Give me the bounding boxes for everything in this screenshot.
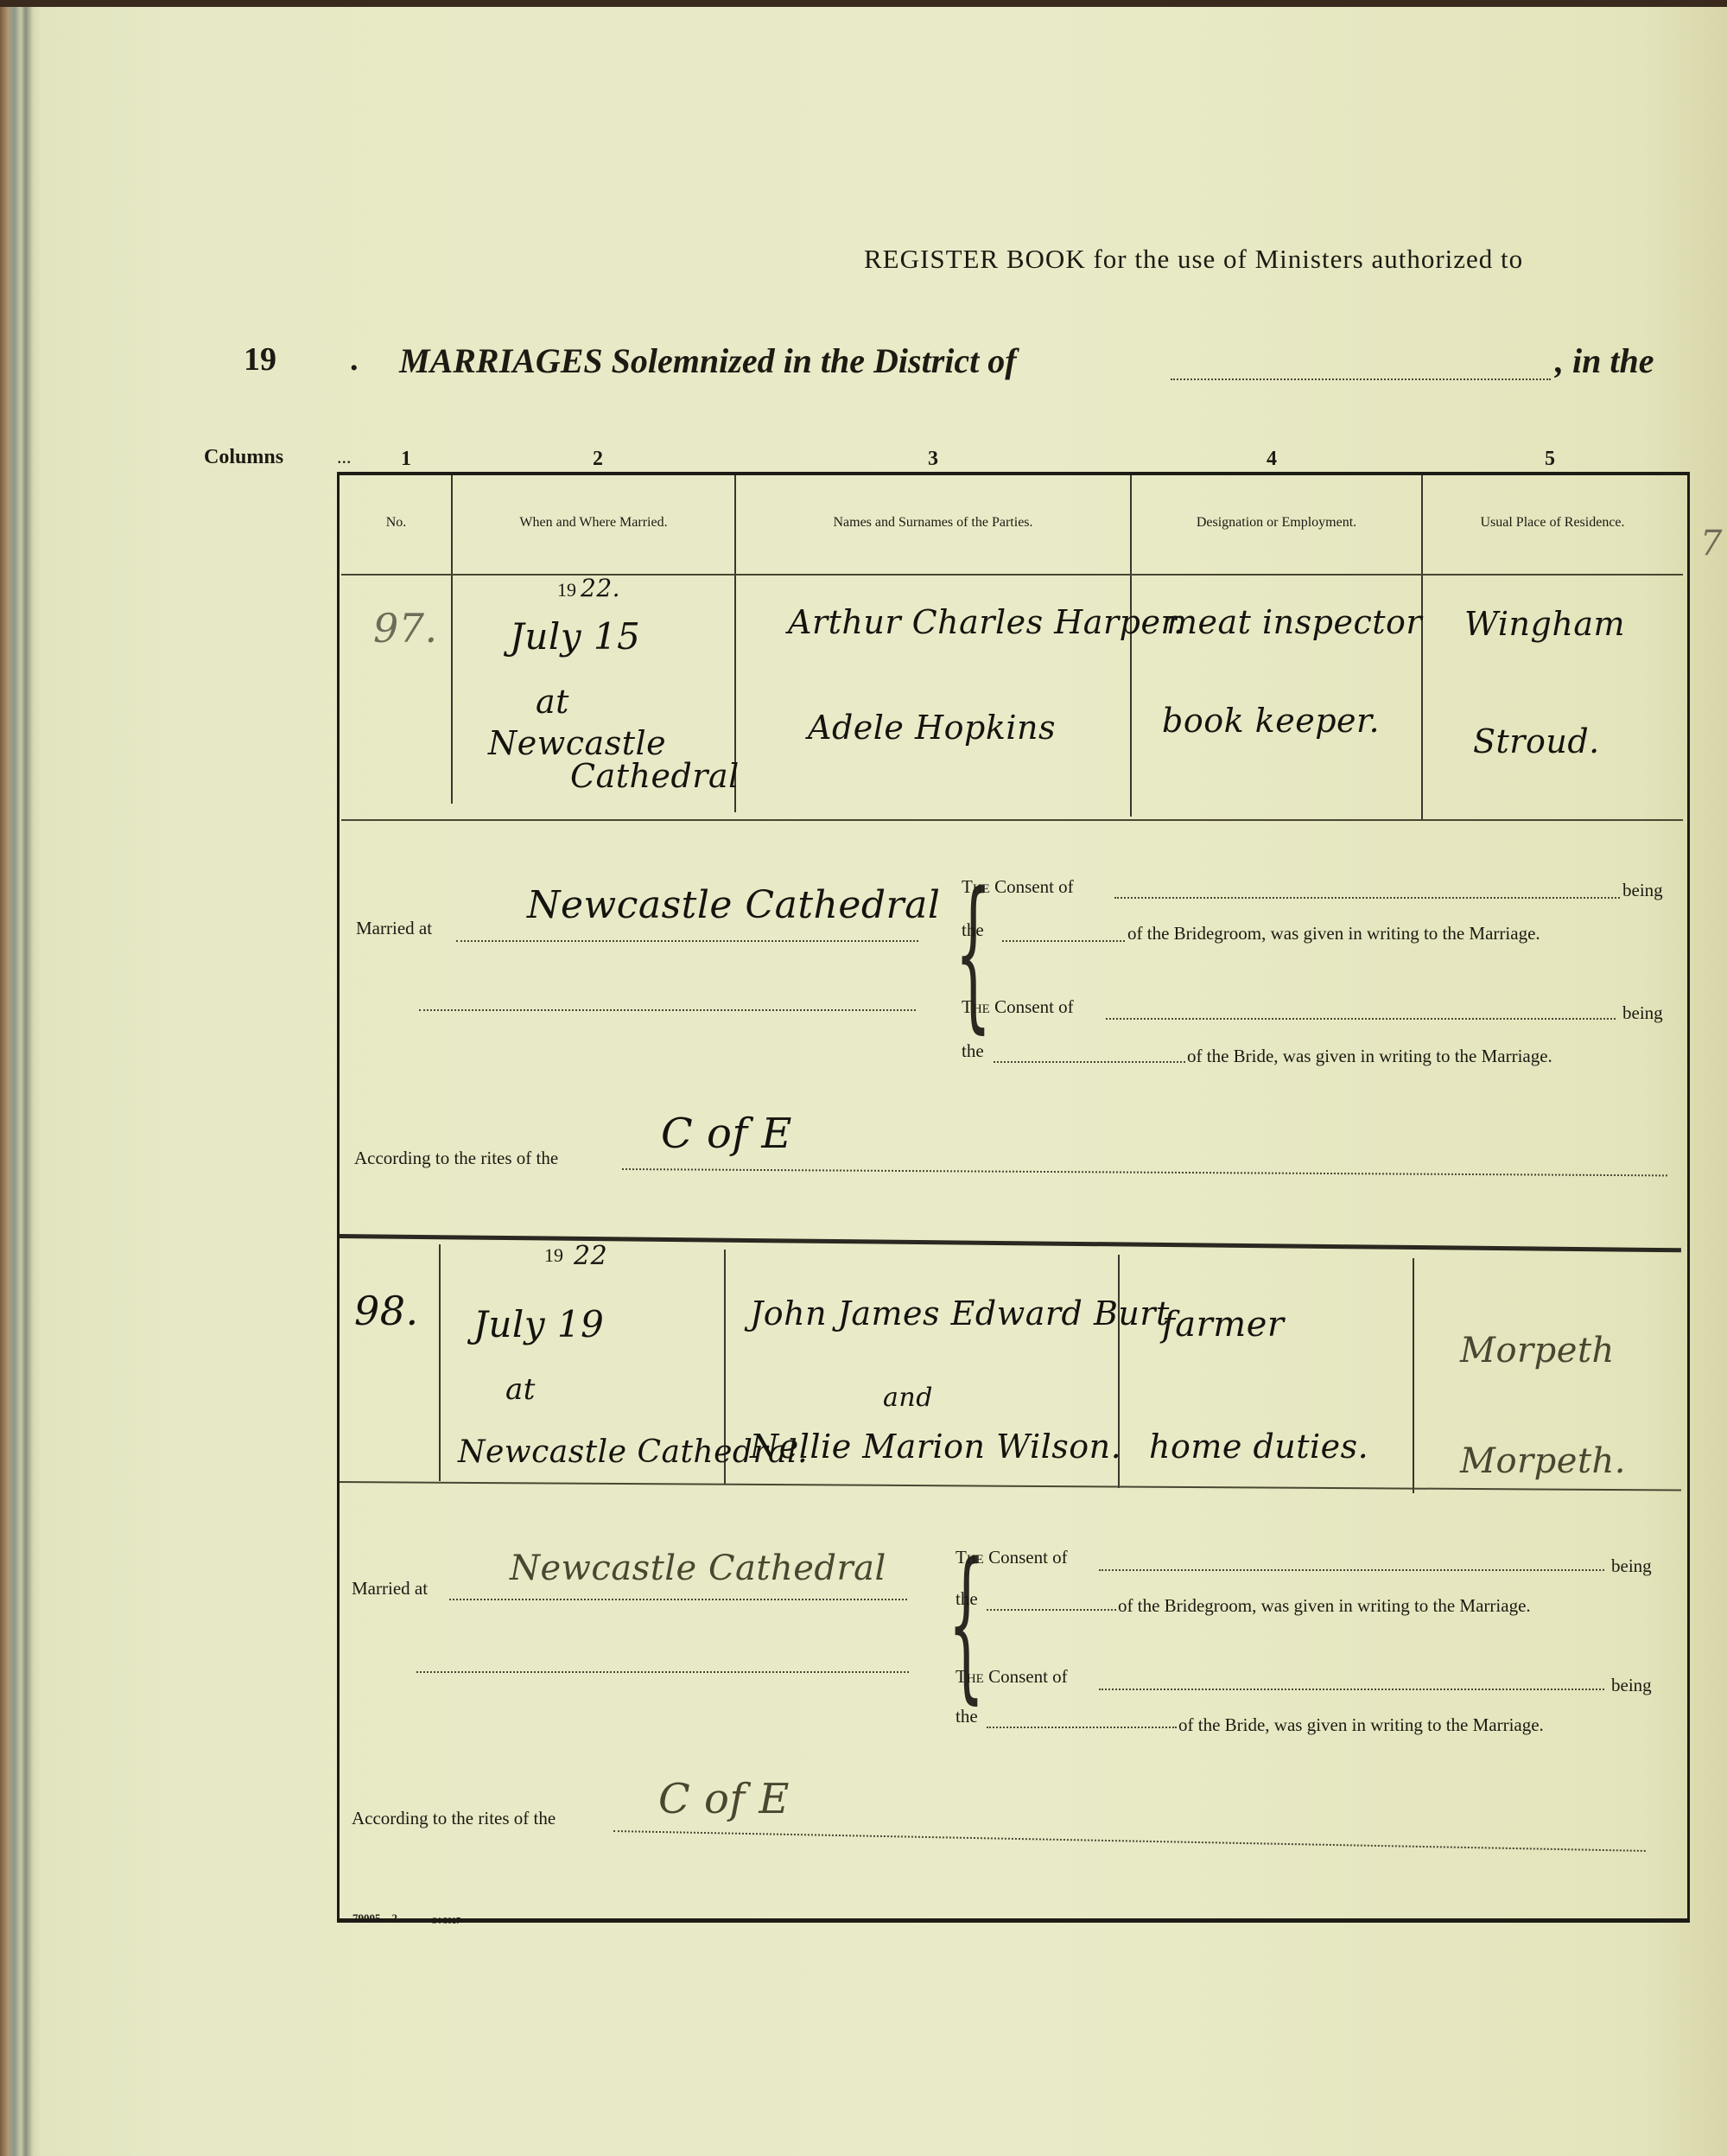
print-code: S4 3017 [432, 1917, 460, 1926]
of-bridegroom-text: of the Bridegroom, was given in writing … [1118, 1595, 1531, 1617]
married-at-value: Newcastle Cathedral [510, 1549, 886, 1588]
column-number-4: 4 [1267, 448, 1277, 471]
columns-leader: ... [337, 446, 352, 468]
consent-bride-relation-field[interactable] [994, 1061, 1185, 1063]
at-word: at [536, 683, 569, 721]
running-title: REGISTER BOOK for the use of Ministers a… [864, 244, 1523, 275]
married-at-value: Newcastle Cathedral [527, 883, 940, 927]
consent-groom-of-field[interactable] [1099, 1569, 1604, 1571]
column-number-3: 3 [928, 448, 938, 471]
groom-occupation: meat inspector [1166, 603, 1422, 641]
married-at-field-2[interactable] [419, 1009, 916, 1011]
groom-name: Arthur Charles Harper. [788, 603, 1184, 641]
being-label: being [1622, 880, 1663, 901]
rites-label: According to the rites of the [354, 1148, 558, 1169]
year-print: 19 [544, 1244, 563, 1267]
form-code: 79005—2 [352, 1911, 397, 1925]
groom-residence: Wingham [1464, 605, 1625, 643]
consent-groom-relation-field[interactable] [987, 1609, 1116, 1611]
consent-bride-label: The Consent of [956, 1666, 1068, 1688]
consent-groom-label: The Consent of [956, 1547, 1068, 1568]
year-print: 19 [557, 579, 576, 601]
married-at-label: Married at [356, 918, 432, 939]
year-handwritten: 22 [574, 1241, 607, 1271]
column-number-1: 1 [401, 448, 411, 471]
header-no: No. [341, 515, 451, 531]
margin-mark: 7 [1700, 524, 1723, 563]
rites-value: C of E [658, 1775, 790, 1823]
at-word: at [505, 1372, 536, 1407]
married-at-field-2[interactable] [416, 1671, 909, 1673]
year-prefix: 19 [244, 340, 276, 378]
title-dot: . [350, 340, 359, 378]
rites-label: According to the rites of the [352, 1808, 556, 1829]
the-label: the [962, 919, 984, 941]
consent-bride-label: The Consent of [962, 996, 1074, 1018]
consent-groom-relation-field[interactable] [1002, 940, 1125, 942]
bride-occupation: book keeper. [1162, 702, 1380, 740]
bride-residence: Morpeth. [1460, 1441, 1626, 1481]
column-number-2: 2 [593, 448, 603, 471]
page-title: MARRIAGES Solemnized in the District of [399, 340, 1017, 381]
title-suffix: , in the [1555, 340, 1654, 381]
married-at-label: Married at [352, 1578, 428, 1600]
columns-label: Columns [204, 446, 283, 469]
married-at-field[interactable] [449, 1599, 907, 1600]
header-residence: Usual Place of Residence. [1423, 515, 1682, 531]
married-at-field[interactable] [456, 940, 918, 942]
header-rule [341, 574, 1683, 576]
of-bride-text: of the Bride, was given in writing to th… [1178, 1714, 1544, 1736]
rites-value: C of E [661, 1110, 792, 1158]
the-label: the [956, 1588, 978, 1610]
consent-bride-of-field[interactable] [1106, 1018, 1616, 1020]
of-bride-text: of the Bride, was given in writing to th… [1187, 1046, 1552, 1067]
being-label-2: being [1622, 1002, 1663, 1024]
book-top-edge [0, 0, 1727, 7]
year-handwritten: 22. [581, 574, 620, 602]
entry-rule [341, 819, 1683, 821]
and-word: and [883, 1383, 933, 1413]
column-number-5: 5 [1545, 448, 1555, 471]
col-divider-1b [439, 1244, 441, 1481]
district-field[interactable] [1171, 378, 1551, 380]
groom-occupation: farmer [1162, 1305, 1285, 1345]
register-page: REGISTER BOOK for the use of Ministers a… [0, 0, 1727, 2156]
consent-bride-relation-field[interactable] [987, 1727, 1177, 1728]
bride-occupation: home duties. [1149, 1428, 1368, 1466]
entry-number: 98. [354, 1288, 419, 1334]
col-divider-4b [1413, 1258, 1414, 1493]
consent-groom-of-field[interactable] [1114, 897, 1620, 899]
place-line-2: Cathedral [570, 757, 740, 795]
being-label-2: being [1611, 1675, 1652, 1696]
header-designation: Designation or Employment. [1132, 515, 1421, 531]
of-bridegroom-text: of the Bridegroom, was given in writing … [1127, 923, 1540, 944]
bride-residence: Stroud. [1473, 722, 1600, 760]
header-when-where: When and Where Married. [453, 515, 734, 531]
the-label-2: the [962, 1040, 984, 1062]
marriage-date: July 15 [510, 615, 640, 658]
consent-bride-of-field[interactable] [1099, 1689, 1604, 1690]
consent-groom-label: The Consent of [962, 876, 1074, 898]
being-label: being [1611, 1555, 1652, 1577]
entry-number: 97. [373, 605, 438, 652]
header-names: Names and Surnames of the Parties. [736, 515, 1130, 531]
bride-name: Adele Hopkins [808, 709, 1056, 747]
marriage-date: July 19 [473, 1303, 604, 1345]
book-binding [0, 7, 41, 2156]
the-label-2: the [956, 1706, 978, 1727]
groom-name: John James Edward Burt [750, 1294, 1170, 1332]
bride-name: Nellie Marion Wilson. [750, 1428, 1121, 1466]
groom-residence: Morpeth [1460, 1331, 1615, 1371]
